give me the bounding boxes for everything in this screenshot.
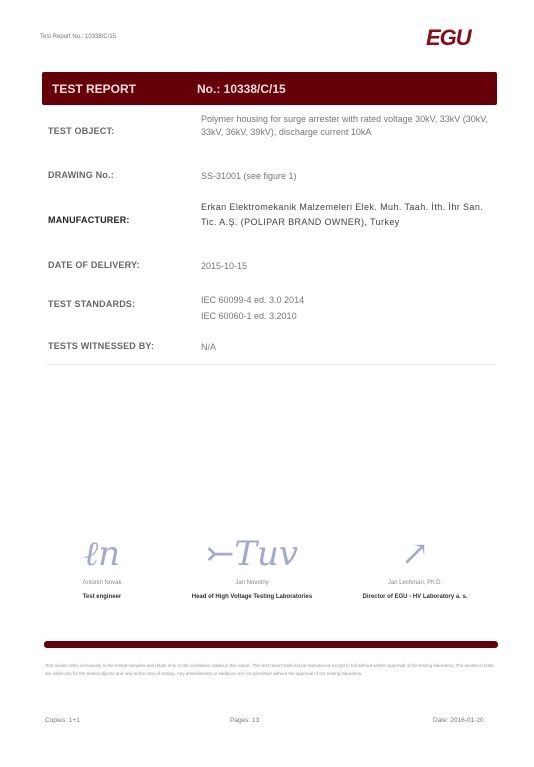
page-count: Pages: 13 <box>230 717 259 724</box>
field-value: 2015-10-15 <box>201 260 501 273</box>
field-value: Polymer housing for surge arrester with … <box>201 113 501 139</box>
field-value: SS-31001 (see figure 1) <box>201 170 501 183</box>
signature-image: ↗ <box>345 530 485 578</box>
report-date: Date: 2016-01-20 <box>433 717 484 724</box>
copies-count: Copies: 1+1 <box>45 717 80 724</box>
field-label: TEST STANDARDS: <box>48 299 188 309</box>
signatory-role: Head of High Voltage Testing Laboratorie… <box>182 592 322 602</box>
report-number: No.: 10338/C/15 <box>197 82 286 96</box>
signatory-role: Test engineer <box>32 592 172 602</box>
signatory-name: Jan Lechman, Ph.D. <box>345 580 485 586</box>
field-label: DATE OF DELIVERY: <box>48 260 188 270</box>
signatory-name: Antonin Novak <box>32 580 172 586</box>
signature-block: ℓn Antonin Novak Test engineer <box>32 530 172 602</box>
footer-bar <box>44 641 498 648</box>
divider <box>46 364 496 365</box>
signatory-name: Jan Novotny <box>182 580 322 586</box>
report-title: TEST REPORT <box>52 82 136 96</box>
signature-block: ↗ Jan Lechman, Ph.D. Director of EGU - H… <box>345 530 485 602</box>
field-value: N/A <box>201 341 501 354</box>
field-label: TEST OBJECT: <box>48 126 188 136</box>
report-reference: Test Report No.: 10338/C/15 <box>40 34 116 40</box>
signature-image: ℓn <box>32 530 172 578</box>
field-label: DRAWING No.: <box>48 170 188 180</box>
disclaimer-text: Test results refer exclusively to the te… <box>45 662 495 678</box>
field-label: TESTS WITNESSED BY: <box>48 341 188 351</box>
egu-logo: EGU <box>426 26 488 50</box>
field-value: IEC 60099-4 ed. 3.0 2014 IEC 60060-1 ed.… <box>201 292 501 324</box>
field-label: MANUFACTURER: <box>48 215 188 225</box>
field-value: Erkan Elektromekanik Malzemeleri Elek. M… <box>201 200 501 230</box>
title-banner: TEST REPORT No.: 10338/C/15 <box>42 72 497 105</box>
signature-image: ⤚Tuv <box>182 530 322 578</box>
signature-block: ⤚Tuv Jan Novotny Head of High Voltage Te… <box>182 530 322 602</box>
signatory-role: Director of EGU - HV Laboratory a. s. <box>345 592 485 602</box>
